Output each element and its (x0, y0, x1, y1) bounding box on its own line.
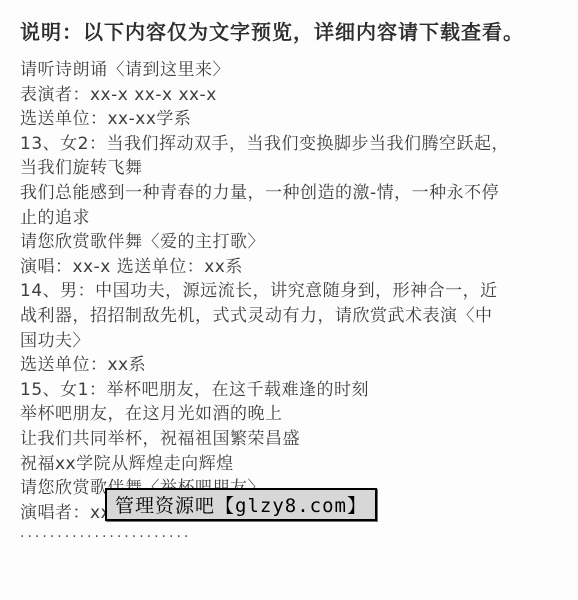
text-line: 选送单位：xx-xx学系 (20, 107, 509, 132)
ellipsis-line: ······················· (20, 525, 509, 550)
text-line: 15、女1：举杯吧朋友，在这千载难逢的时刻 (20, 378, 509, 403)
text-line: 演唱：xx-x 选送单位：xx系 (20, 255, 509, 280)
text-line: 选送单位：xx系 (20, 353, 509, 378)
text-line: 我们总能感到一种青春的力量，一种创造的激-情，一种永不停 (20, 181, 509, 206)
text-line: 国功夫〉 (20, 329, 509, 354)
text-line: 战利器，招招制敌先机，式式灵动有力，请欣赏武术表演〈中 (20, 304, 509, 329)
text-line: 让我们共同举杯，祝福祖国繁荣昌盛 (20, 427, 509, 452)
preview-notice: 说明：以下内容仅为文字预览，详细内容请下载查看。 (20, 16, 524, 45)
text-line: 当我们旋转飞舞 (20, 156, 509, 181)
watermark-badge: 管理资源吧【glzy8.com】 (105, 488, 377, 521)
script-text-block: 请听诗朗诵〈请到这里来〉 表演者：xx-x xx-x xx-x 选送单位：xx-… (20, 58, 509, 550)
text-line: 14、男：中国功夫，源远流长，讲究意随身到，形神合一，近 (20, 279, 509, 304)
text-line: 表演者：xx-x xx-x xx-x (20, 83, 509, 108)
text-line: 13、女2：当我们挥动双手，当我们变换脚步当我们腾空跃起， (20, 132, 509, 157)
text-line: 举杯吧朋友，在这月光如酒的晚上 (20, 402, 509, 427)
text-line: 请听诗朗诵〈请到这里来〉 (20, 58, 509, 83)
text-line: 止的追求 (20, 206, 509, 231)
text-line: 请您欣赏歌伴舞〈爱的主打歌〉 (20, 230, 509, 255)
text-line: 祝福xx学院从辉煌走向辉煌 (20, 452, 509, 477)
